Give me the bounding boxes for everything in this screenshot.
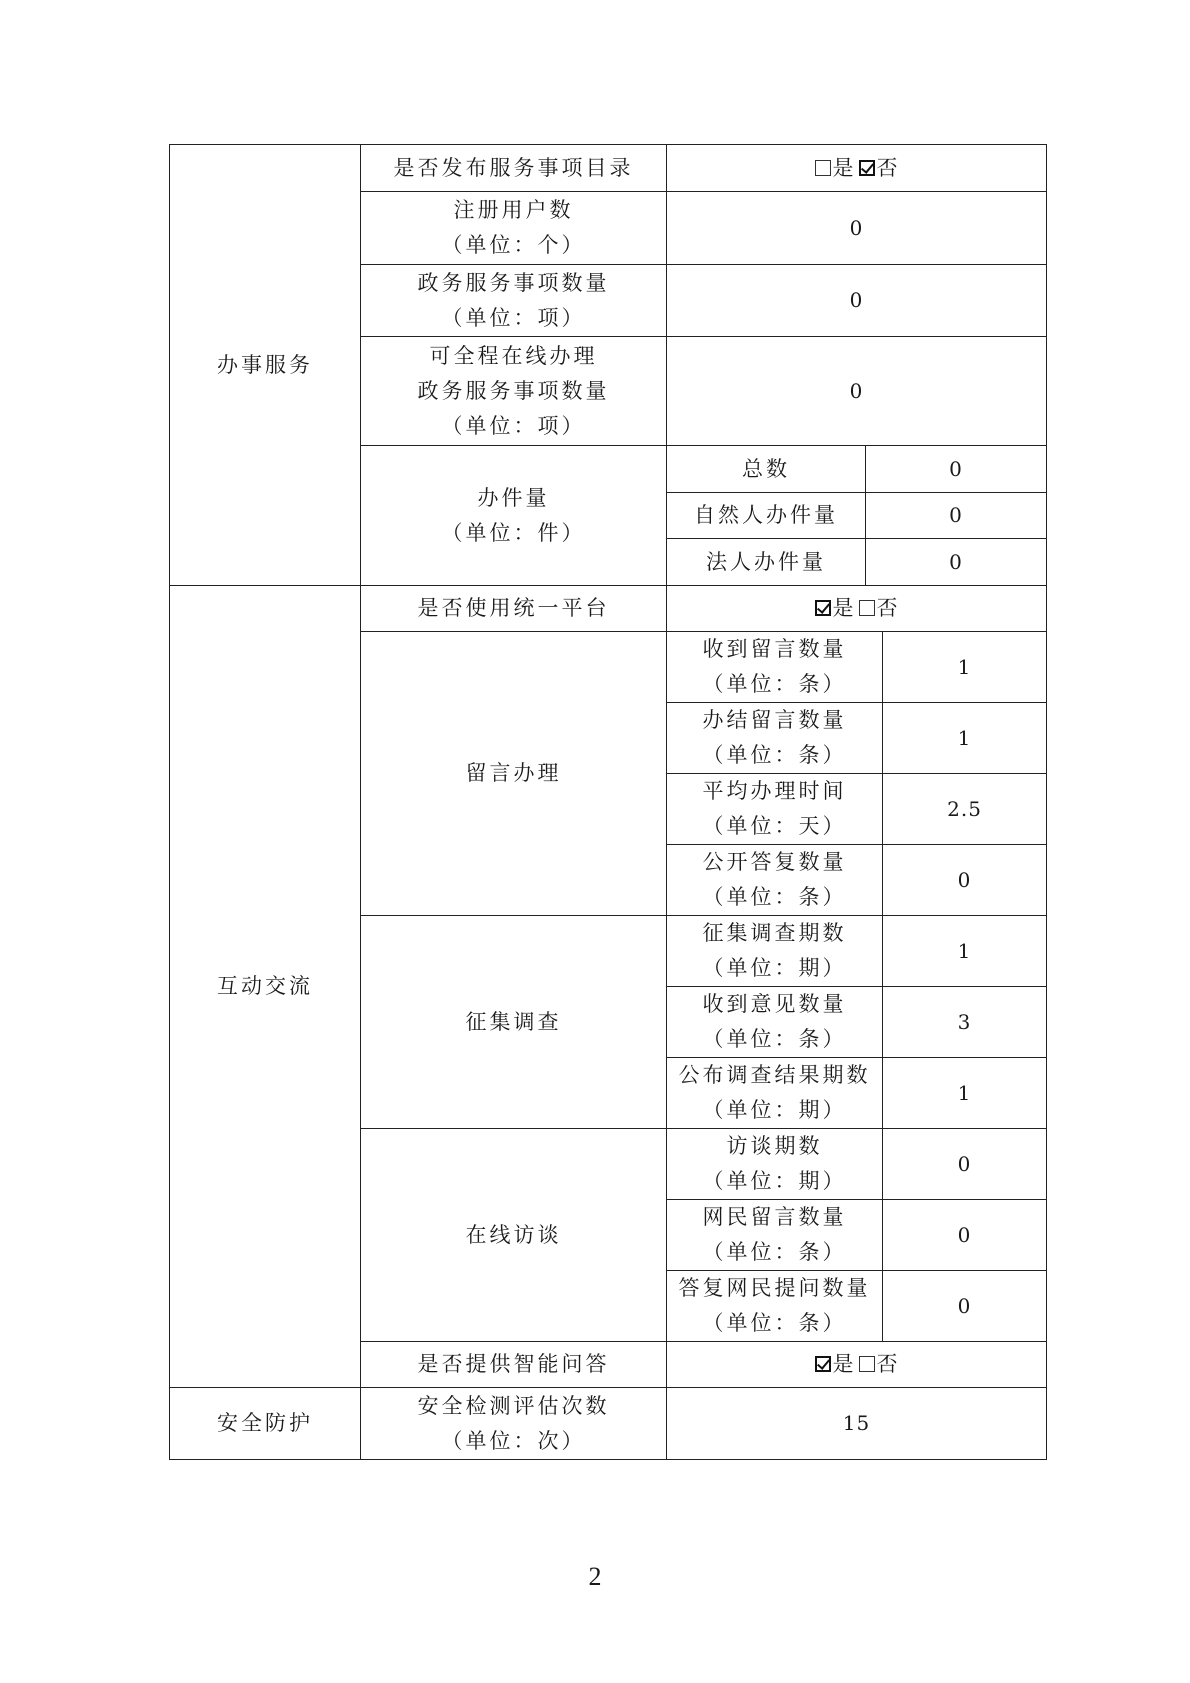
survey-label: 征集调查: [361, 916, 667, 1129]
checkbox-checked-icon[interactable]: [815, 1356, 831, 1372]
cases-legal-person-label: 法人办件量: [667, 539, 866, 586]
interview-periods-value: 0: [883, 1129, 1047, 1200]
survey-periods-value: 1: [883, 916, 1047, 987]
messages-completed-value: 1: [883, 703, 1047, 774]
page-number: 2: [0, 1562, 1190, 1592]
netizen-messages-label: 网民留言数量 （单位：条）: [667, 1200, 883, 1271]
security-assessments-value: 15: [667, 1388, 1047, 1460]
checkbox-checked-icon[interactable]: [859, 160, 875, 176]
cases-total-value: 0: [866, 446, 1047, 493]
cases-total-label: 总数: [667, 446, 866, 493]
public-replies-label: 公开答复数量 （单位：条）: [667, 845, 883, 916]
netizen-replies-value: 0: [883, 1271, 1047, 1342]
survey-periods-label: 征集调查期数 （单位：期）: [667, 916, 883, 987]
service-items-label: 政务服务事项数量 （单位：项）: [361, 265, 667, 337]
messages-completed-label: 办结留言数量 （单位：条）: [667, 703, 883, 774]
unified-platform-choice: 是否: [667, 586, 1047, 632]
service-items-value: 0: [667, 265, 1047, 337]
security-assessments-label: 安全检测评估次数 （单位：次）: [361, 1388, 667, 1460]
opinions-received-value: 3: [883, 987, 1047, 1058]
checkbox-unchecked-icon[interactable]: [815, 160, 831, 176]
cases-natural-person-value: 0: [866, 493, 1047, 539]
survey-results-published-value: 1: [883, 1058, 1047, 1129]
section-label-office-service: 办事服务: [170, 145, 361, 586]
statistics-table: 办事服务 是否发布服务事项目录 是否 注册用户数 （单位：个） 0 政务服务事项…: [169, 144, 1047, 1460]
messages-label: 留言办理: [361, 632, 667, 916]
smart-qa-choice: 是否: [667, 1342, 1047, 1388]
netizen-replies-label: 答复网民提问数量 （单位：条）: [667, 1271, 883, 1342]
interview-label: 在线访谈: [361, 1129, 667, 1342]
section-label-security: 安全防护: [170, 1388, 361, 1460]
smart-qa-label: 是否提供智能问答: [361, 1342, 667, 1388]
online-items-label: 可全程在线办理 政务服务事项数量 （单位：项）: [361, 337, 667, 446]
registered-users-value: 0: [667, 192, 1047, 265]
section-label-interaction: 互动交流: [170, 586, 361, 1388]
publish-catalog-label: 是否发布服务事项目录: [361, 145, 667, 192]
cases-label: 办件量 （单位：件）: [361, 446, 667, 586]
checkbox-checked-icon[interactable]: [815, 600, 831, 616]
online-items-value: 0: [667, 337, 1047, 446]
checkbox-unchecked-icon[interactable]: [859, 1356, 875, 1372]
messages-received-value: 1: [883, 632, 1047, 703]
unified-platform-label: 是否使用统一平台: [361, 586, 667, 632]
cases-natural-person-label: 自然人办件量: [667, 493, 866, 539]
messages-received-label: 收到留言数量 （单位：条）: [667, 632, 883, 703]
publish-catalog-choice: 是否: [667, 145, 1047, 192]
netizen-messages-value: 0: [883, 1200, 1047, 1271]
checkbox-unchecked-icon[interactable]: [859, 600, 875, 616]
average-handling-time-label: 平均办理时间 （单位：天）: [667, 774, 883, 845]
cases-legal-person-value: 0: [866, 539, 1047, 586]
registered-users-label: 注册用户数 （单位：个）: [361, 192, 667, 265]
opinions-received-label: 收到意见数量 （单位：条）: [667, 987, 883, 1058]
average-handling-time-value: 2.5: [883, 774, 1047, 845]
public-replies-value: 0: [883, 845, 1047, 916]
survey-results-published-label: 公布调查结果期数 （单位：期）: [667, 1058, 883, 1129]
interview-periods-label: 访谈期数 （单位：期）: [667, 1129, 883, 1200]
